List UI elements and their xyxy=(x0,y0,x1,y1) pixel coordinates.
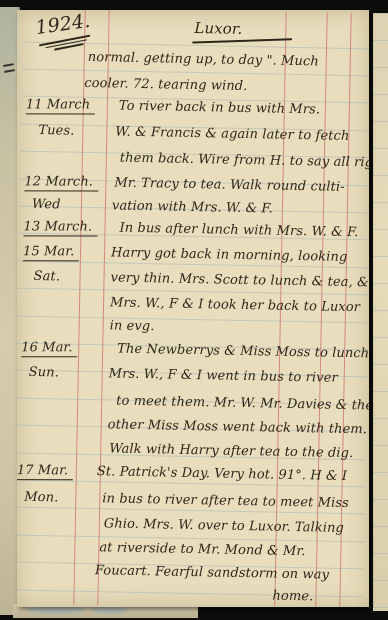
page-content: 1924. Luxor. normal. getting up, to day … xyxy=(17,10,369,607)
handwriting-text: W. & Francis & again later to fetch xyxy=(115,124,349,143)
entry-date: 11 March xyxy=(26,97,95,114)
handwriting-text: Harry got back in morning, looking xyxy=(111,245,348,265)
page-stack-edge-right xyxy=(373,13,388,611)
handwriting-text: Ghio. Mrs. W. over to Luxor. Talking xyxy=(104,516,344,536)
entry-date: 12 March. xyxy=(24,174,98,191)
place-heading: Luxor. xyxy=(194,19,242,38)
handwriting-text: Mr. Tracy to tea. Walk round culti- xyxy=(114,175,345,194)
handwriting-text: at riverside to Mr. Mond & Mr. xyxy=(99,540,305,559)
handwriting-text: In bus after lunch with Mrs. W. & F. xyxy=(119,221,358,241)
entry-weekday: Tues. xyxy=(38,123,74,139)
entry-weekday: Wed xyxy=(32,197,61,213)
entry-weekday: Sat. xyxy=(33,269,60,285)
stray-ink-mark xyxy=(2,59,16,72)
entry-weekday: Mon. xyxy=(24,490,58,506)
handwriting-text: Foucart. Fearful sandstorm on way xyxy=(95,563,329,582)
handwriting-text: home. xyxy=(272,589,313,605)
entry-date: 13 March. xyxy=(24,219,98,236)
handwriting-text: To river back in bus with Mrs. xyxy=(119,99,321,118)
handwriting-text: vation with Mrs. W. & F. xyxy=(112,198,273,216)
entry-date: 16 Mar. xyxy=(21,340,77,357)
notebook-page: 1924. Luxor. normal. getting up, to day … xyxy=(17,10,369,607)
handwriting-text: cooler. 72. tearing wind. xyxy=(84,76,247,94)
entry-date: 17 Mar. xyxy=(17,463,73,480)
entry-weekday: Sun. xyxy=(29,365,59,381)
handwriting-text: normal. getting up, to day ". Much xyxy=(88,50,319,69)
blue-smudge xyxy=(27,606,85,614)
handwriting-text: Mrs. W., F & I went in bus to river xyxy=(109,366,338,385)
handwriting-text: in evg. xyxy=(110,318,155,334)
blue-smudge xyxy=(92,607,128,614)
entry-date: 15 Mar. xyxy=(23,244,79,261)
place-underline xyxy=(192,38,292,43)
